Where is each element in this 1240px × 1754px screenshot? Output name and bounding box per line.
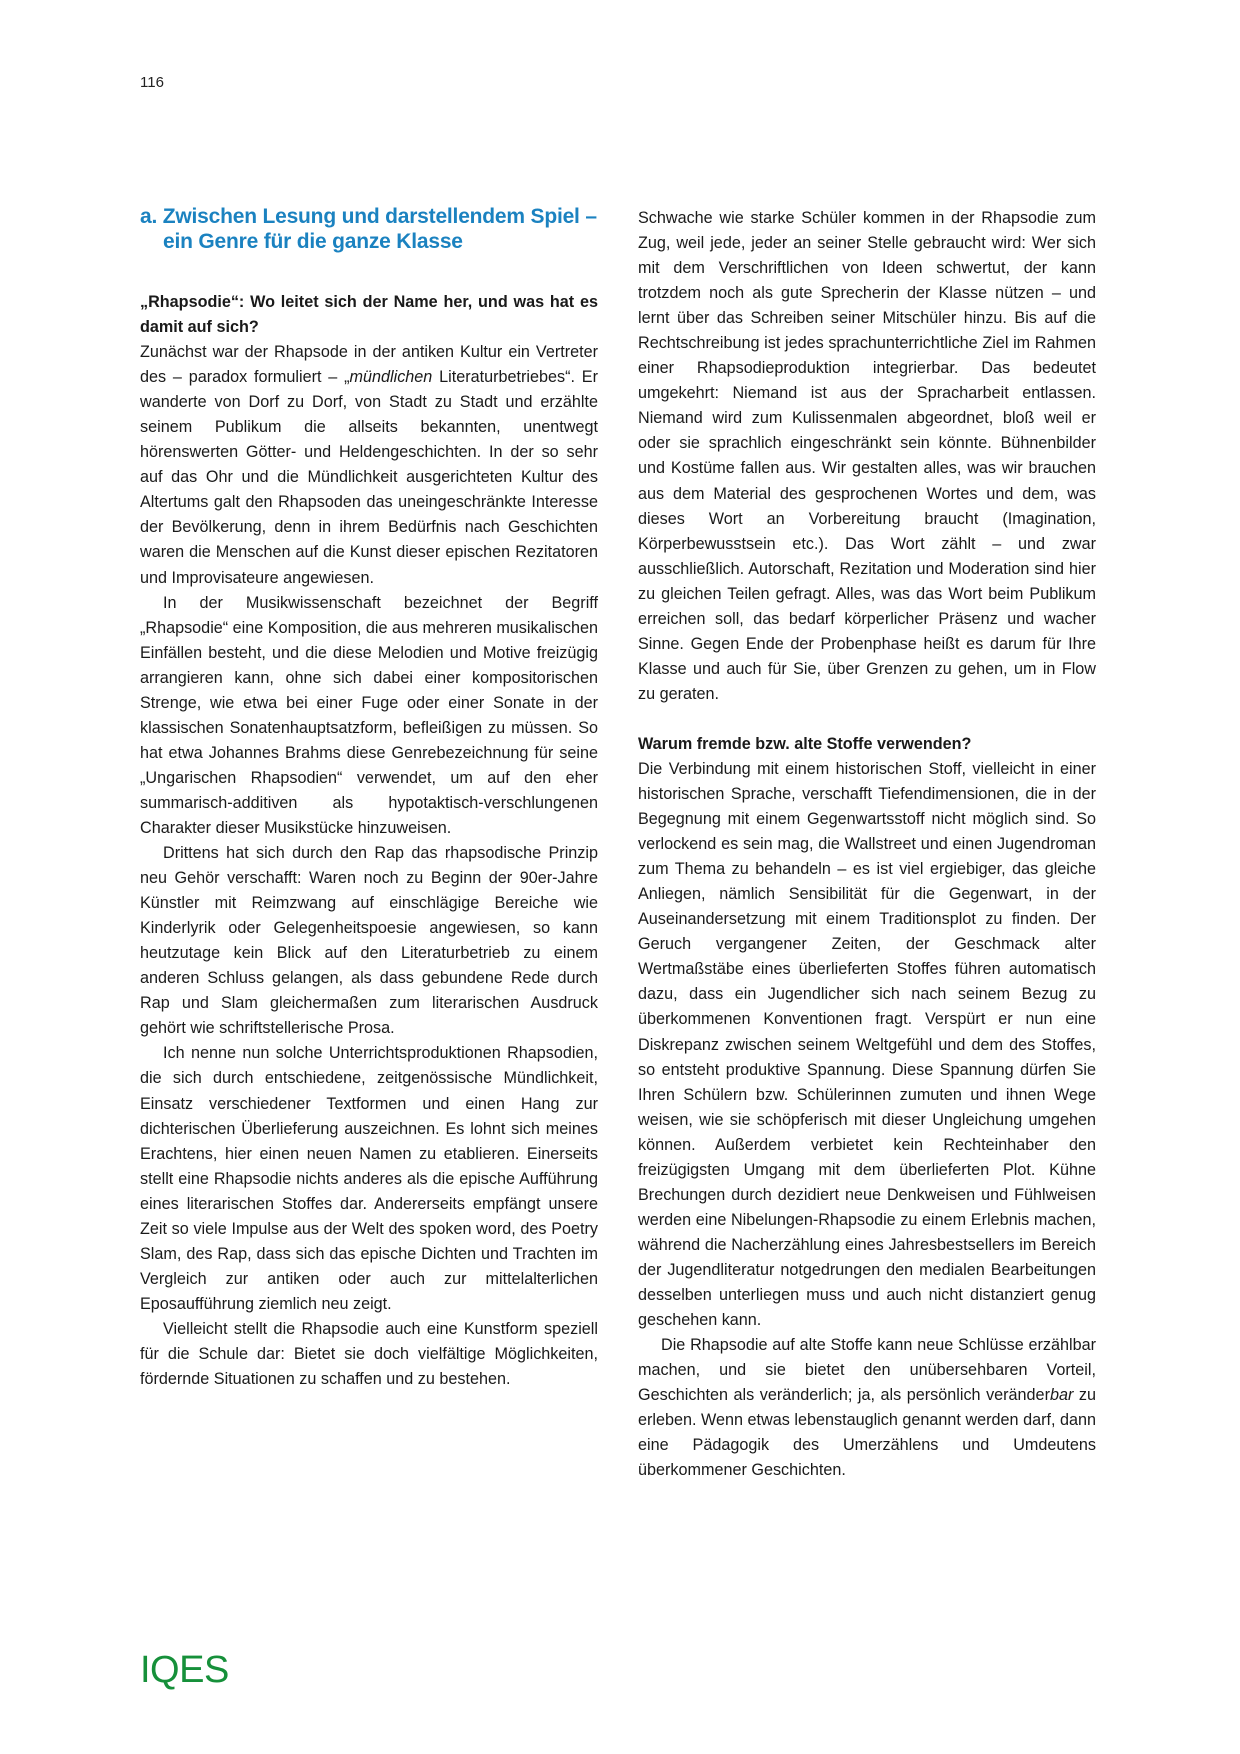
paragraph-historical-material: Die Verbindung mit einem historischen St… (638, 757, 1096, 1333)
paragraph-musicology: In der Musikwissenschaft bezeichnet der … (140, 591, 598, 841)
subheading-rhapsodie: „Rhapsodie“: Wo leitet sich der Name her… (140, 290, 598, 340)
emphasis-text: bar (1050, 1386, 1073, 1404)
section-title-line-2: ein Genre für die ganze Klasse (140, 229, 610, 254)
emphasis-text: mündlichen (350, 368, 433, 386)
right-column: Schwache wie starke Schüler kommen in de… (638, 206, 1096, 1483)
paragraph-school-artform: Vielleicht stellt die Rhapsodie auch ein… (140, 1317, 598, 1392)
paragraph-students: Schwache wie starke Schüler kommen in de… (638, 206, 1096, 707)
left-column: „Rhapsodie“: Wo leitet sich der Name her… (140, 290, 598, 1392)
paragraph-rap: Drittens hat sich durch den Rap das rhap… (140, 841, 598, 1041)
subheading-old-material: Warum fremde bzw. alte Stoffe verwenden? (638, 732, 1096, 757)
section-title: a. Zwischen Lesung und darstellendem Spi… (140, 204, 610, 254)
paragraph-retelling: Die Rhapsodie auf alte Stoffe kann neue … (638, 1333, 1096, 1483)
paragraph-text: Die Rhapsodie auf alte Stoffe kann neue … (638, 1336, 1096, 1404)
spacer (638, 707, 1096, 732)
paragraph-classroom-productions: Ich nenne nun solche Unterrichtsprodukti… (140, 1041, 598, 1317)
paragraph-text: Literaturbetriebes“. Er wanderte von Dor… (140, 368, 598, 586)
paragraph-rhapsode-history: Zunächst war der Rhapsode in der antiken… (140, 340, 598, 590)
iqes-logo: IQES (140, 1650, 229, 1690)
page-number: 116 (140, 74, 164, 91)
section-title-line-1: a. Zwischen Lesung und darstellendem Spi… (140, 205, 597, 228)
